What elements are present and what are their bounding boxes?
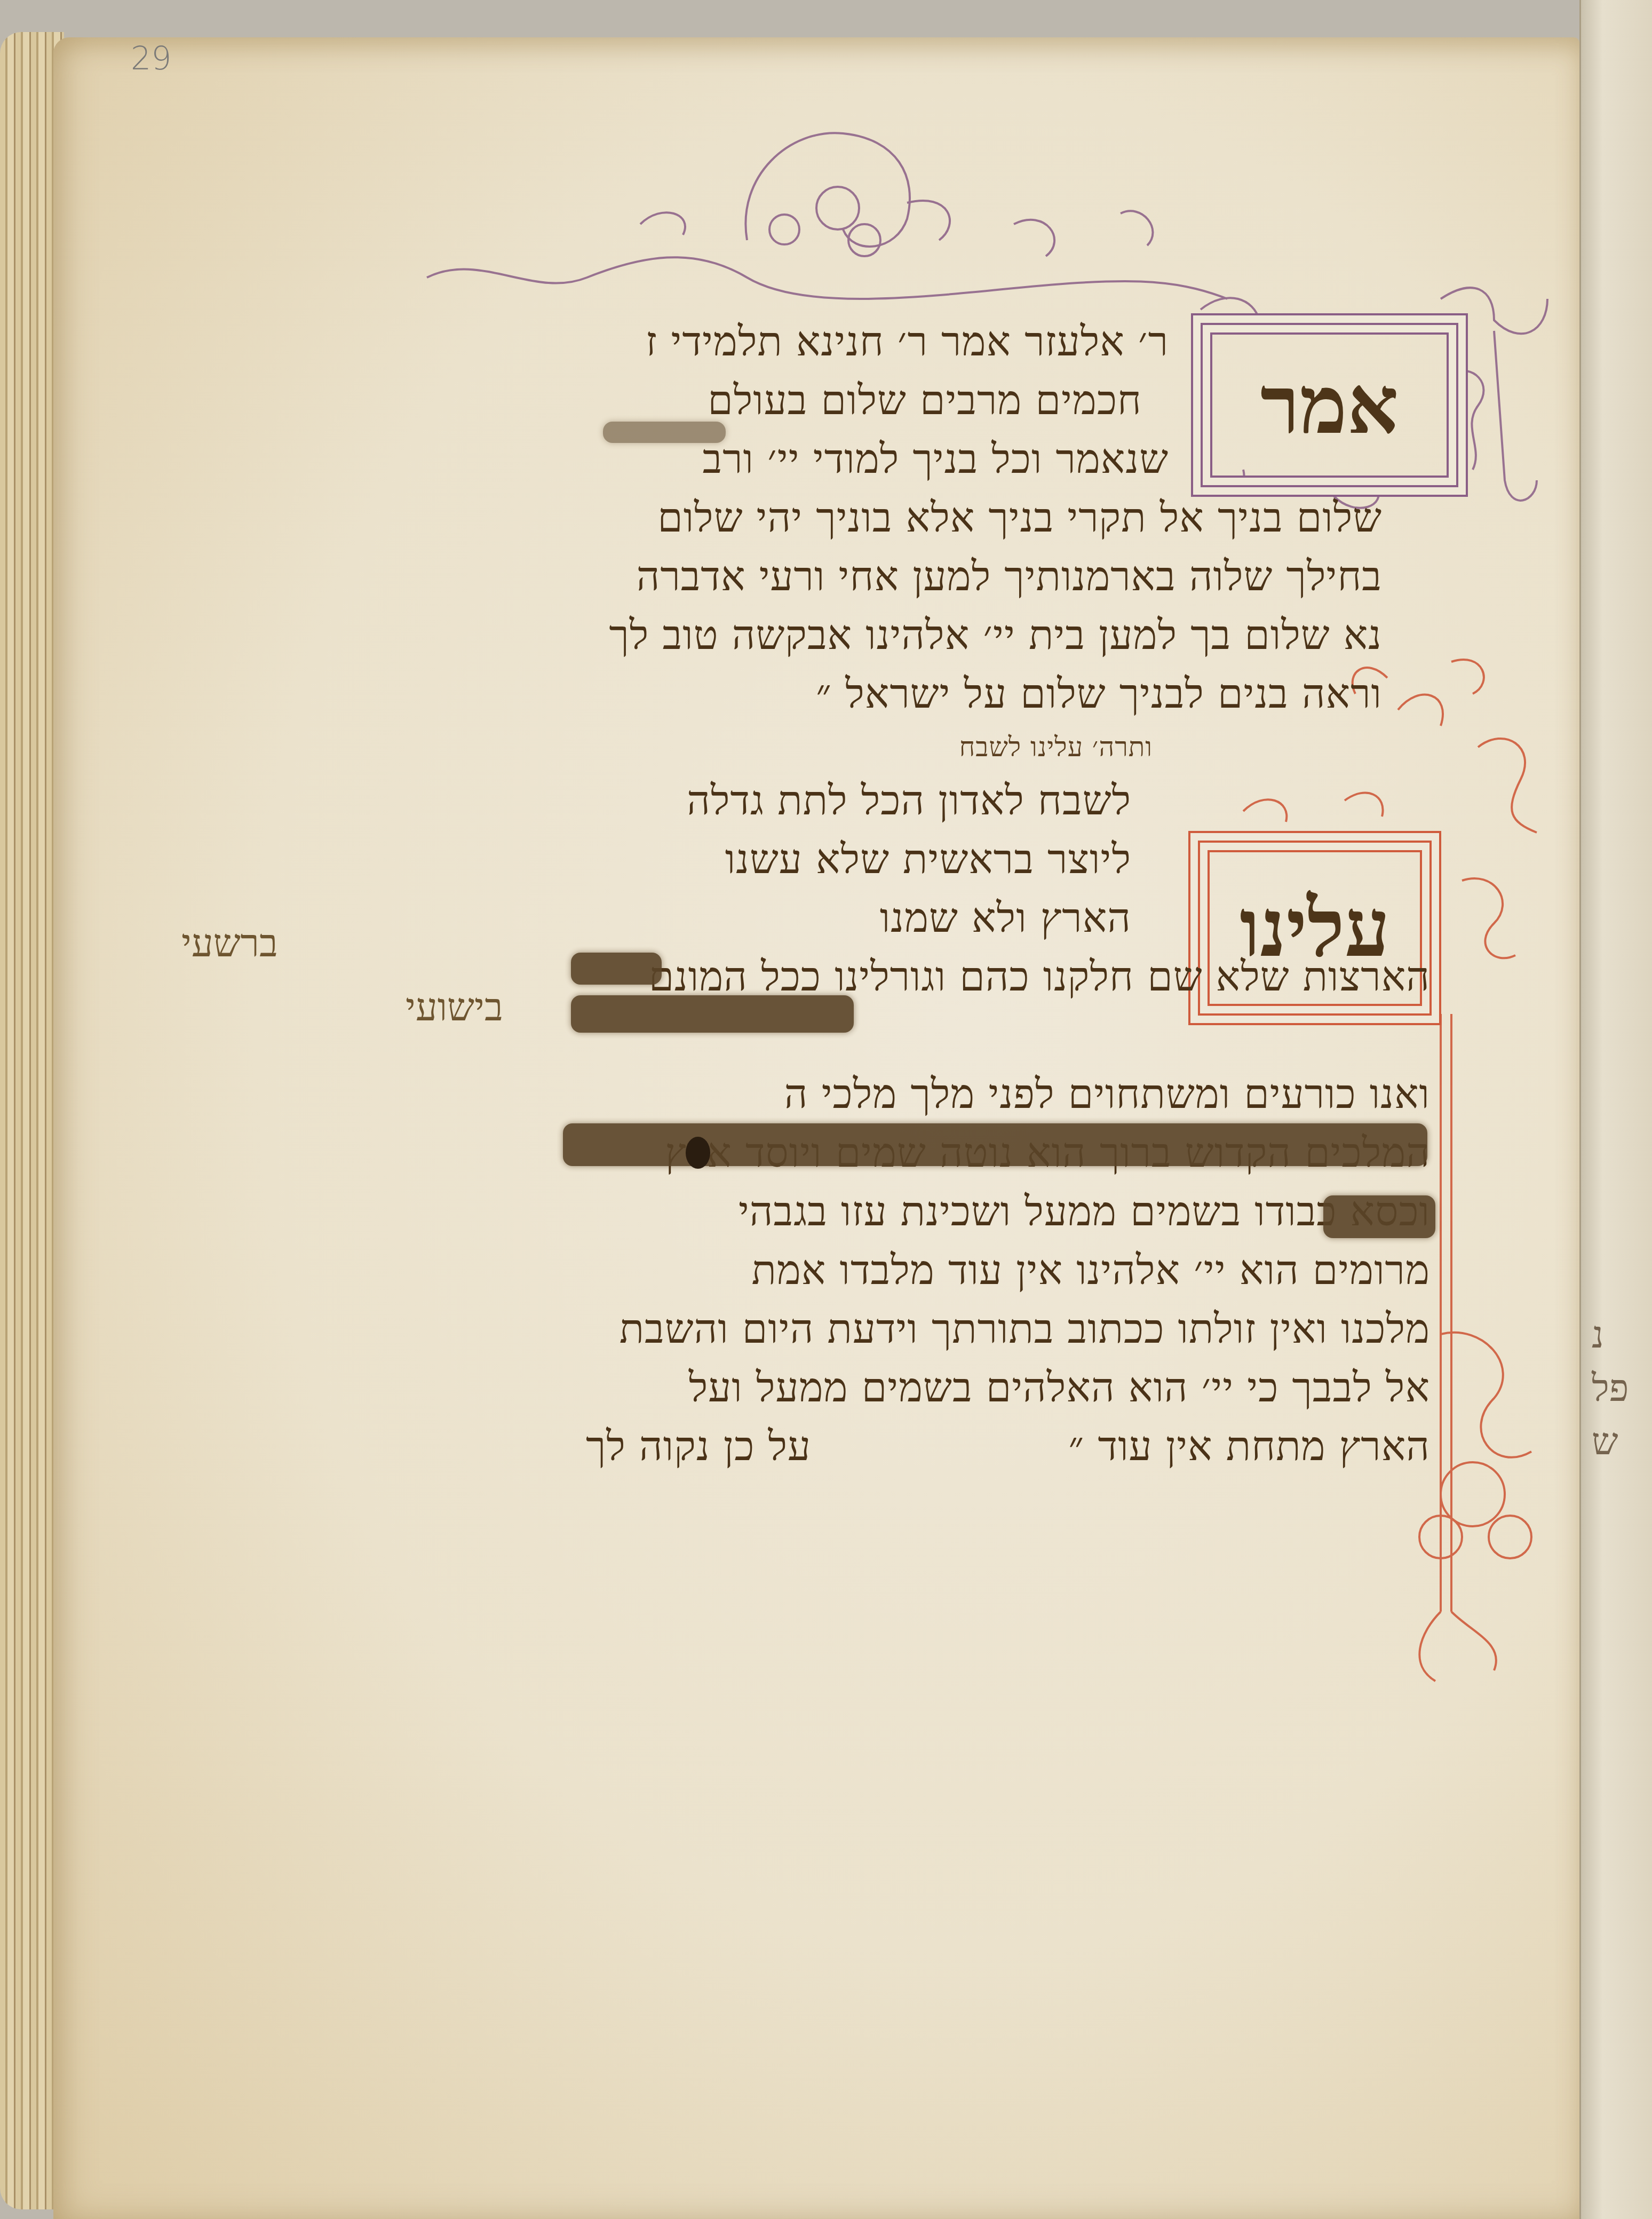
text-line: על כן נקוה לך	[586, 1420, 811, 1473]
text-line: אל לבבך כי יי׳ הוא האלהים בשמים ממעל ועל	[689, 1361, 1430, 1414]
text-line: נא שלום בך למען בית יי׳ אלהינו אבקשה טוב…	[609, 608, 1382, 662]
text-line: וראה בנים לבניך שלום על ישראל ״	[816, 667, 1382, 720]
text-line: שנאמר וכל בניך למודי יי׳ ורב	[703, 432, 1169, 486]
marginal-gloss: ברשעי	[181, 921, 278, 966]
text-line: ר׳ אלעזר אמר ר׳ חנינא תלמידי ז	[646, 315, 1169, 368]
censor-erasure	[571, 995, 854, 1033]
text-line: הארץ מתחת אין עוד ״	[1069, 1420, 1430, 1473]
decorated-initial-amar: אמר	[1201, 323, 1458, 487]
text-line: חכמים מרבים שלום בעולם	[708, 374, 1142, 427]
text-line: בחילך שלוה בארמנותיך למען אחי ורעי אדברה	[637, 550, 1382, 603]
text-line: מלכנו ואין זולתו ככתוב בתורתך וידעת היום…	[619, 1302, 1430, 1356]
censor-erasure	[603, 422, 726, 443]
censor-erasure	[1323, 1195, 1435, 1238]
marginal-gloss: בישועי	[406, 985, 503, 1030]
text-line: מרומים הוא יי׳ אלהינו אין עוד מלבדו אמת	[751, 1243, 1430, 1297]
text-line: לשבח לאדון הכל לתת גדלה	[687, 774, 1131, 827]
text-line: ואנו כורעים ומשתחוים לפני מלך מלכי ה	[784, 1067, 1430, 1121]
subheading: ותרה׳ עלינו לשבח	[959, 720, 1153, 774]
text-line: ליוצר בראשית שלא עשנו	[725, 833, 1131, 886]
censor-erasure	[571, 953, 662, 985]
text-line: שלום בניך אל תקרי בניך אלא בוניך יהי שלו…	[657, 491, 1382, 544]
text-line: הארץ ולא שמנו	[880, 891, 1131, 945]
parchment-hole	[686, 1137, 710, 1169]
